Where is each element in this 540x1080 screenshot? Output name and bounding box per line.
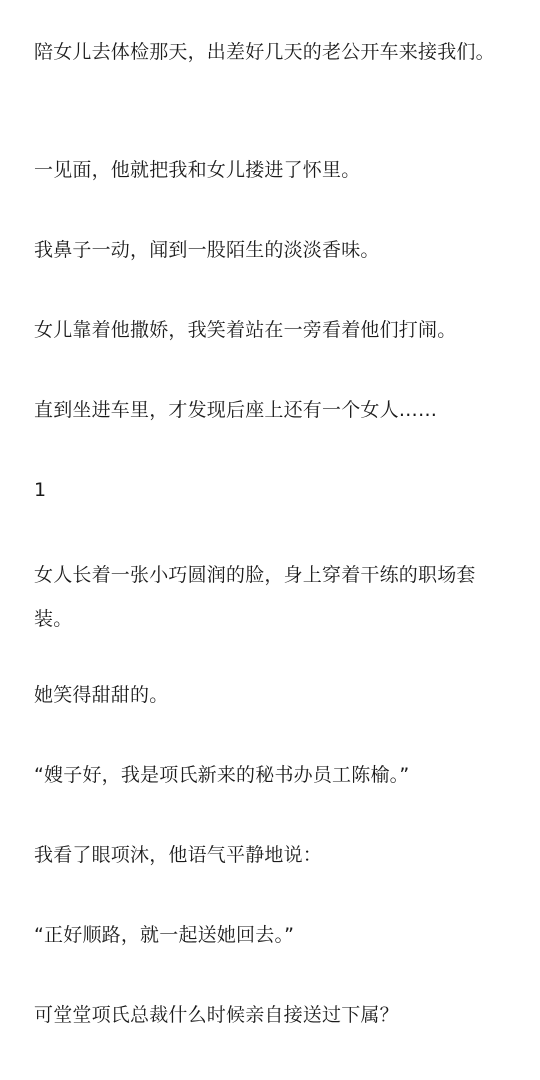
paragraph-6: 女人长着一张小巧圆润的脸，身上穿着干练的职场套装。 xyxy=(34,553,504,641)
article-body: 陪女儿去体检那天，出差好几天的老公开车来接我们。 一见面，他就把我和女儿搂进了怀… xyxy=(0,0,540,1080)
paragraph-9: 我看了眼项沐，他语气平静地说： xyxy=(34,833,504,877)
paragraph-2: 一见面，他就把我和女儿搂进了怀里。 xyxy=(34,148,504,192)
paragraph-8: “嫂子好，我是项氏新来的秘书办员工陈榆。” xyxy=(34,753,504,797)
paragraph-1: 陪女儿去体检那天，出差好几天的老公开车来接我们。 xyxy=(34,30,504,74)
chapter-number: 1 xyxy=(34,468,504,512)
paragraph-10: “正好顺路，就一起送她回去。” xyxy=(34,913,504,957)
paragraph-4: 女儿靠着他撒娇，我笑着站在一旁看着他们打闹。 xyxy=(34,308,504,352)
paragraph-5: 直到坐进车里，才发现后座上还有一个女人…… xyxy=(34,388,504,432)
paragraph-7: 她笑得甜甜的。 xyxy=(34,673,504,717)
paragraph-11: 可堂堂项氏总裁什么时候亲自接送过下属？ xyxy=(34,993,504,1037)
paragraph-3: 我鼻子一动，闻到一股陌生的淡淡香味。 xyxy=(34,228,504,272)
